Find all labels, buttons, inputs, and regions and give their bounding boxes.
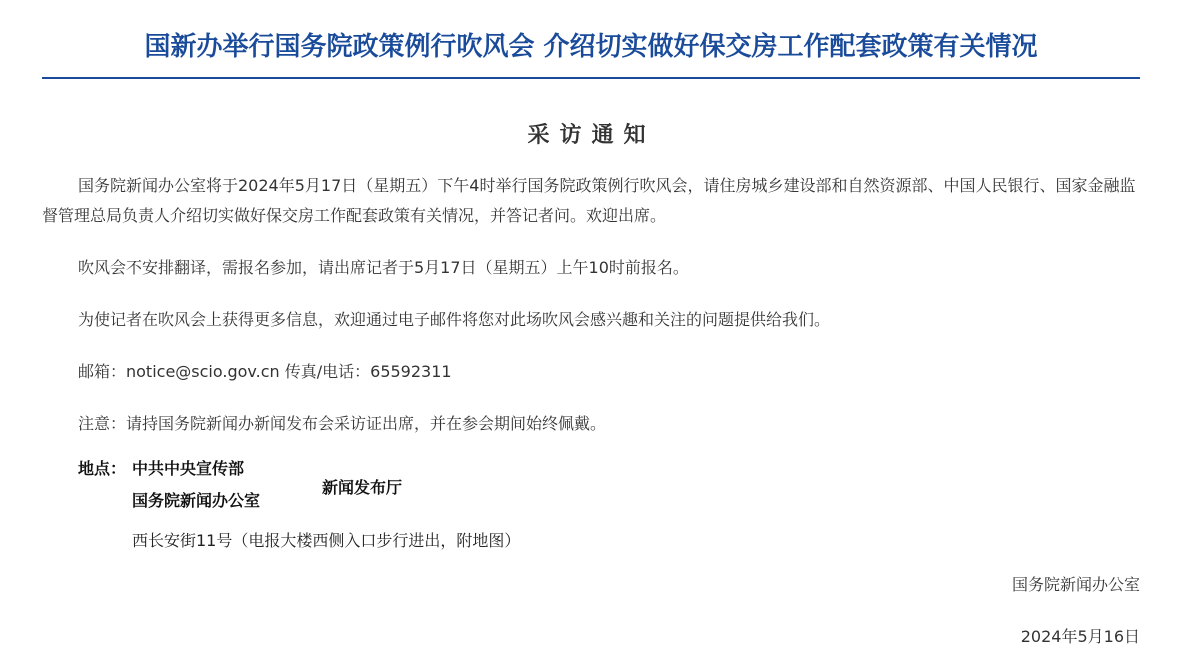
title-divider	[42, 77, 1140, 79]
location-address: 西长安街11号（电报大楼西侧入口步行进出，附地图）	[132, 528, 520, 551]
paragraph-registration: 吹风会不安排翻译，需报名参加，请出席记者于5月17日（星期五）上午10时前报名。	[42, 253, 1140, 283]
location-org-scio: 国务院新闻办公室	[132, 488, 260, 511]
signature: 国务院新闻办公室	[1012, 572, 1140, 595]
paragraph-attention: 注意：请持国务院新闻办新闻发布会采访证出席，并在参会期间始终佩戴。	[42, 409, 1140, 439]
paragraph-announcement: 国务院新闻办公室将于2024年5月17日（星期五）下午4时举行国务院政策例行吹风…	[42, 171, 1140, 231]
location-label: 地点：	[78, 456, 126, 479]
issue-date: 2024年5月16日	[1021, 624, 1140, 647]
paragraph-questions: 为使记者在吹风会上获得更多信息，欢迎通过电子邮件将您对此场吹风会感兴趣和关注的问…	[42, 305, 1140, 335]
location-org-publicity: 中共中央宣传部	[132, 456, 244, 479]
notice-heading: 采访通知	[0, 118, 1183, 149]
paragraph-contact: 邮箱：notice@scio.gov.cn 传真/电话：65592311	[42, 357, 1140, 387]
page-title: 国新办举行国务院政策例行吹风会 介绍切实做好保交房工作配套政策有关情况	[42, 26, 1140, 63]
location-hall: 新闻发布厅	[322, 475, 402, 498]
